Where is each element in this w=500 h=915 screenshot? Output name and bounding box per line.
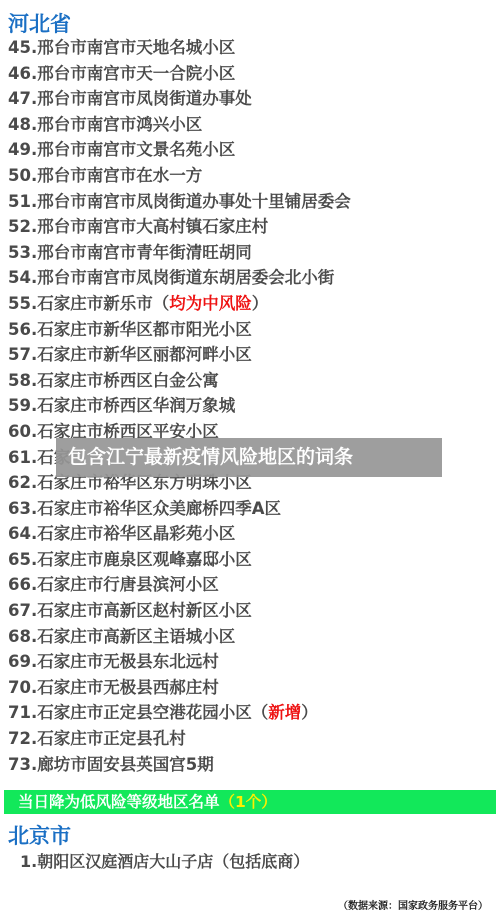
- title-overlay: 包含江宁最新疫情风险地区的词条: [56, 438, 442, 477]
- list-item: 58.石家庄市桥西区白金公寓: [8, 368, 351, 394]
- item-text-close: ）: [301, 703, 318, 722]
- low-risk-banner: 当日降为低风险等级地区名单（1个）: [4, 790, 496, 814]
- list-item: 54.邢台市南宫市凤岗街道东胡居委会北小街: [8, 265, 351, 291]
- item-text: 55.石家庄市新乐市（: [8, 294, 169, 313]
- list-item: 46.邢台市南宫市天一合院小区: [8, 61, 351, 87]
- list-item: 53.邢台市南宫市青年街清旺胡同: [8, 240, 351, 266]
- list-item: 57.石家庄市新华区丽都河畔小区: [8, 342, 351, 368]
- province-heading-beijing: 北京市: [8, 820, 71, 850]
- banner-count: （1个）: [220, 793, 277, 811]
- list-item: 1.朝阳区汉庭酒店大山子店（包括底商）: [20, 849, 309, 872]
- list-item: 63.石家庄市裕华区众美廊桥四季A区: [8, 496, 351, 522]
- list-item: 51.邢台市南宫市凤岗街道办事处十里铺居委会: [8, 189, 351, 215]
- list-item: 72.石家庄市正定县孔村: [8, 726, 351, 752]
- list-item: 69.石家庄市无极县东北远村: [8, 649, 351, 675]
- list-item: 55.石家庄市新乐市（均为中风险）: [8, 291, 351, 317]
- list-item: 49.邢台市南宫市文景名苑小区: [8, 137, 351, 163]
- banner-label: 当日降为低风险等级地区名单: [18, 793, 220, 811]
- list-item: 73.廊坊市固安县英国宫5期: [8, 752, 351, 778]
- list-item: 71.石家庄市正定县空港花园小区（新增）: [8, 700, 351, 726]
- list-item: 56.石家庄市新华区都市阳光小区: [8, 317, 351, 343]
- list-item: 65.石家庄市鹿泉区观峰嘉邸小区: [8, 547, 351, 573]
- medium-risk-note: 均为中风险: [169, 294, 252, 313]
- list-item: 59.石家庄市桥西区华润万象城: [8, 393, 351, 419]
- list-item: 67.石家庄市高新区赵村新区小区: [8, 598, 351, 624]
- list-item: 70.石家庄市无极县西郝庄村: [8, 675, 351, 701]
- item-text-close: ）: [252, 294, 269, 313]
- list-item: 66.石家庄市行唐县滨河小区: [8, 572, 351, 598]
- hebei-area-list: 45.邢台市南宫市天地名城小区 46.邢台市南宫市天一合院小区 47.邢台市南宫…: [8, 35, 351, 777]
- list-item: 48.邢台市南宫市鸿兴小区: [8, 112, 351, 138]
- province-heading-hebei: 河北省: [8, 8, 71, 38]
- list-item: 64.石家庄市裕华区晶彩苑小区: [8, 521, 351, 547]
- list-item: 50.邢台市南宫市在水一方: [8, 163, 351, 189]
- data-source-note: （数据来源：国家政务服务平台）: [338, 897, 488, 912]
- list-item: 47.邢台市南宫市凤岗街道办事处: [8, 86, 351, 112]
- list-item: 68.石家庄市高新区主语城小区: [8, 624, 351, 650]
- new-added-note: 新增: [268, 703, 301, 722]
- list-item: 45.邢台市南宫市天地名城小区: [8, 35, 351, 61]
- item-text: 71.石家庄市正定县空港花园小区（: [8, 703, 268, 722]
- list-item: 52.邢台市南宫市大高村镇石家庄村: [8, 214, 351, 240]
